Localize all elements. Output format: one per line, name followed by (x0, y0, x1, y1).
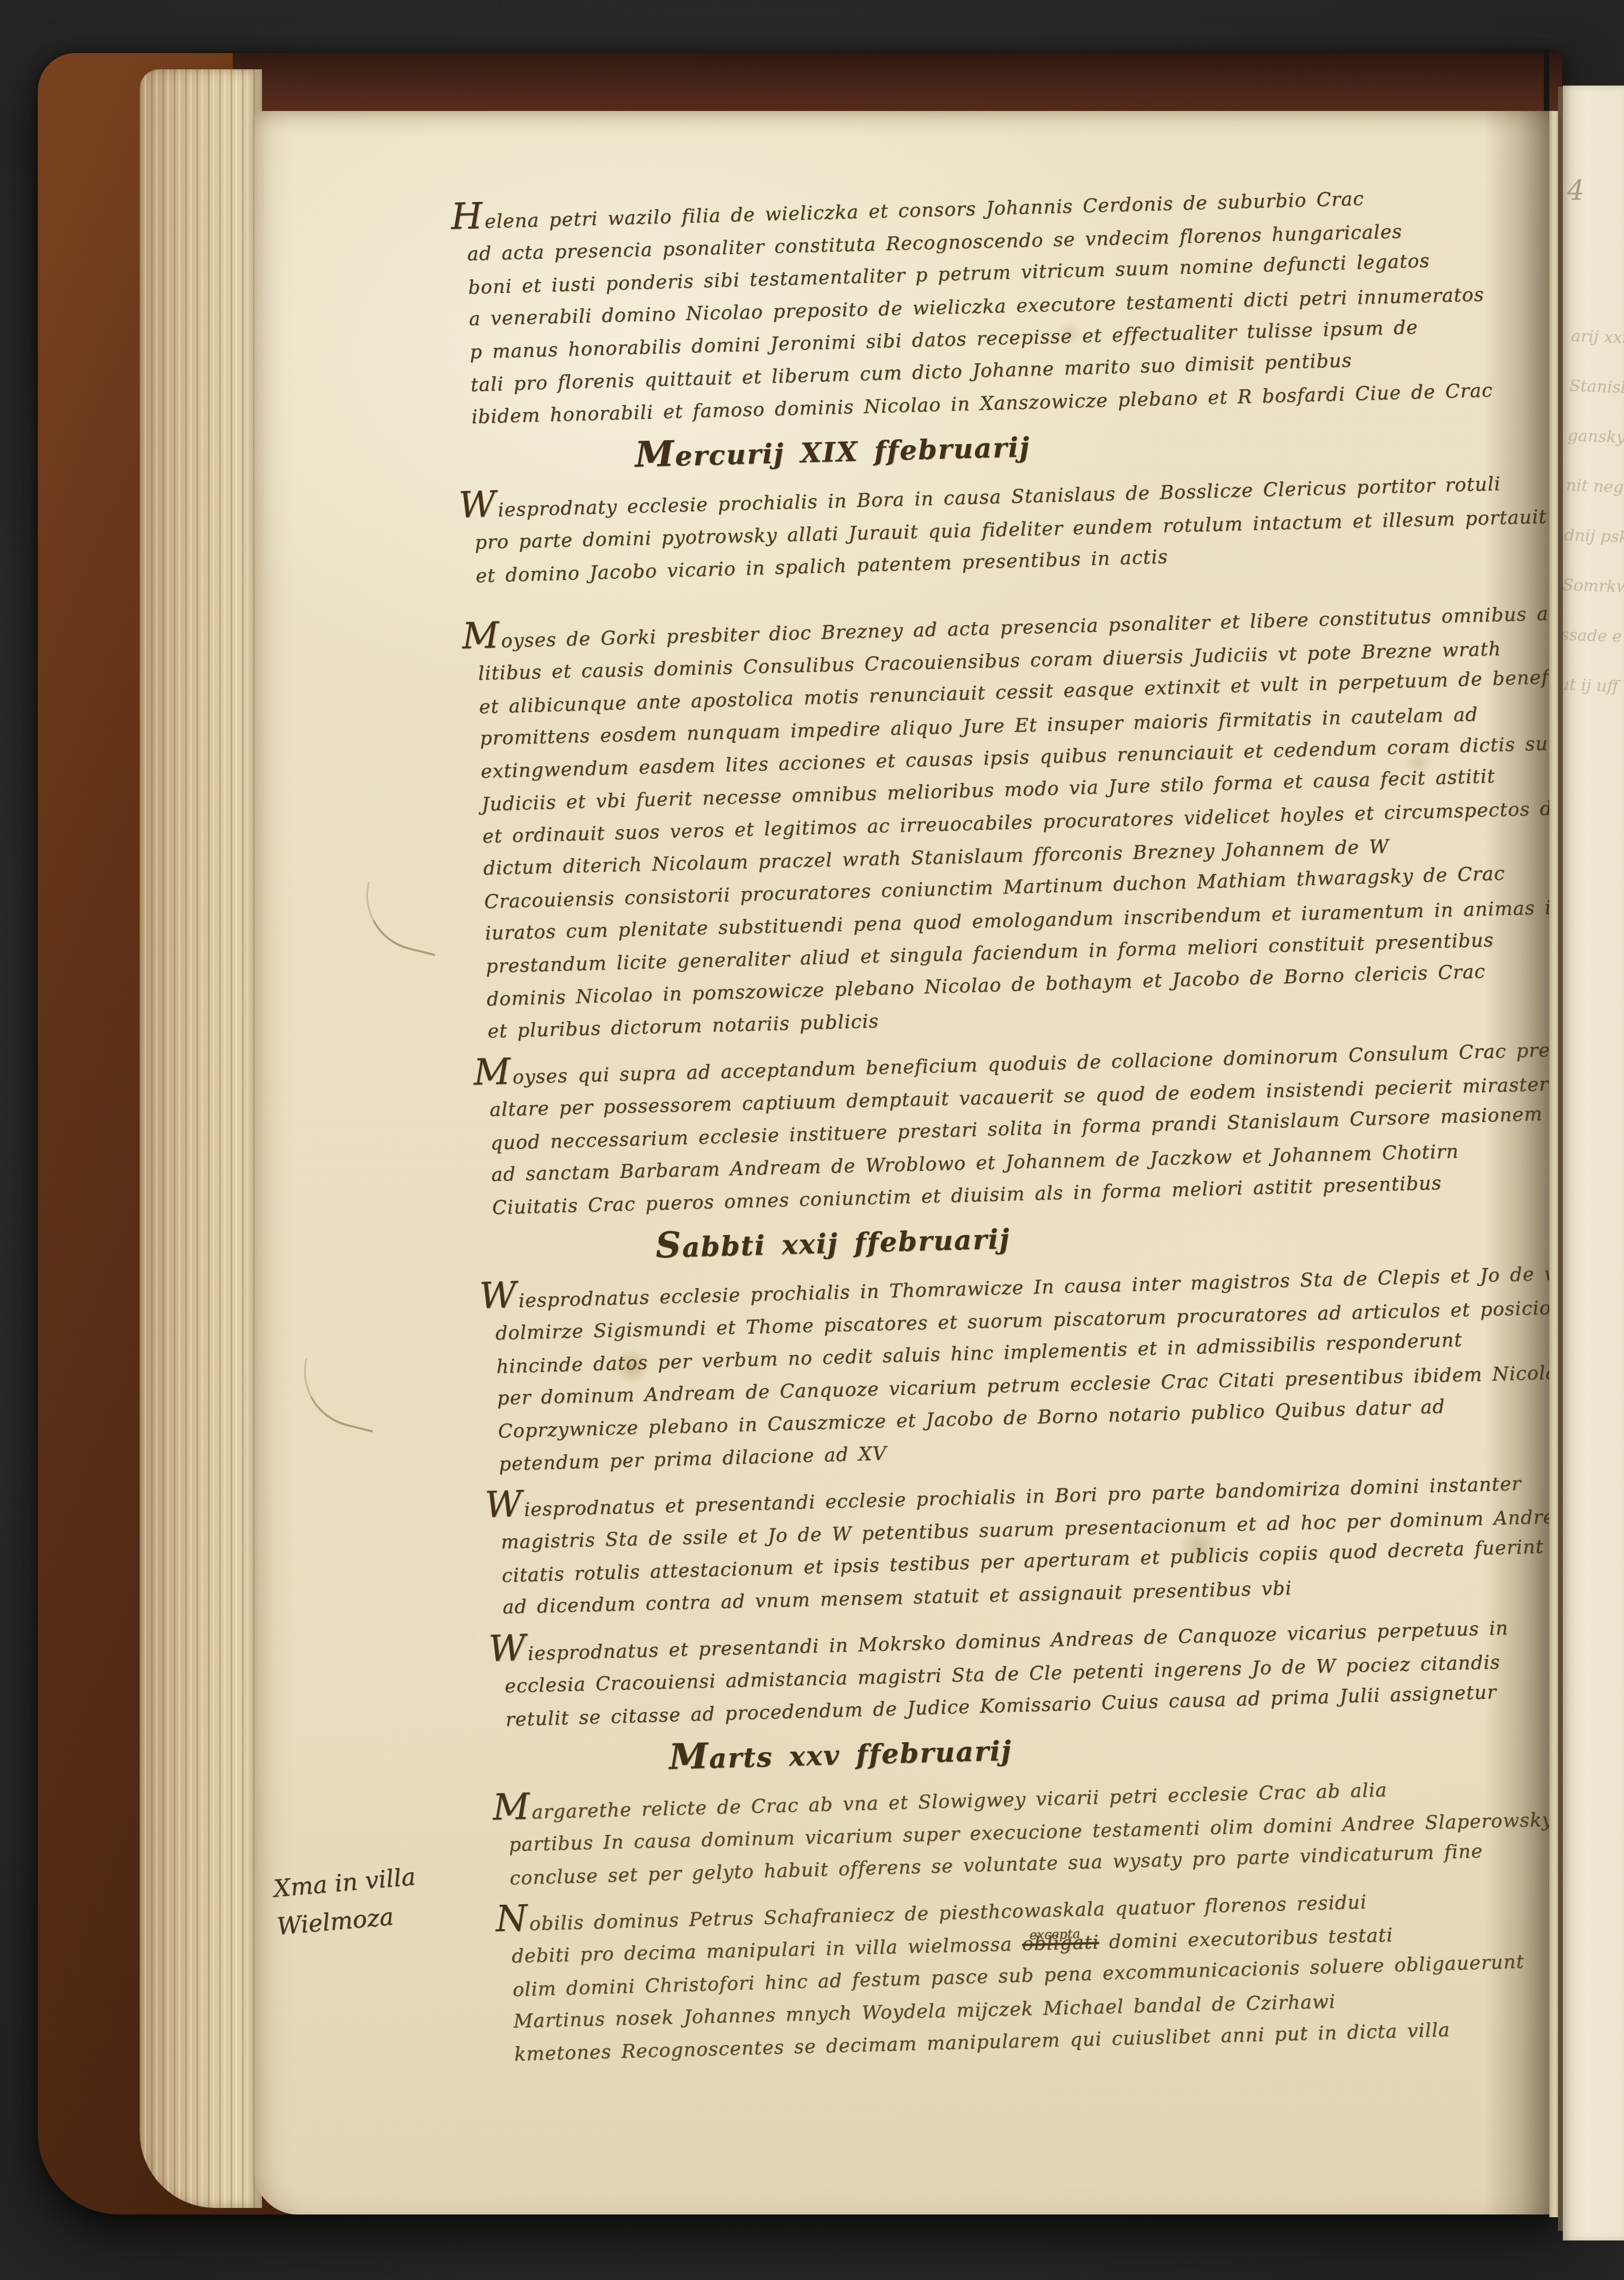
register-entry: Wiesprodnatus ecclesie prochialis in Tho… (494, 1257, 1549, 1480)
flourished-initial: M (492, 1785, 531, 1828)
flourished-initial: W (488, 1626, 526, 1670)
register-entry: Margarethe relicte de Crac ab vna et Slo… (508, 1768, 1549, 1894)
flourished-initial: N (495, 1897, 528, 1940)
register-entry: Wiesprodnaty ecclesie prochialis in Bora… (474, 466, 1549, 592)
bleedthrough-fragment: Somrkwisko (1563, 560, 1624, 613)
gutter-fold-line (1558, 87, 1563, 2231)
cover-edge (1544, 49, 1549, 119)
bleedthrough-fragment: ssade e moza (1563, 610, 1624, 663)
manuscript-text-block: Helena petri wazilo filia de wieliczka e… (466, 164, 1549, 2071)
flourished-initial: W (458, 483, 496, 526)
margin-note: Xma in villa Wielmoza (272, 1858, 420, 1946)
recto-page-sliver: 4 arij xxiijStanislgansky thorpffnit neg… (1563, 86, 1624, 2240)
interlinear-correction: excepta (1029, 1917, 1081, 1951)
flourished-initial: M (462, 614, 500, 657)
flourished-initial: W (484, 1482, 523, 1526)
register-entry: Nobilis dominus Petrus Schafraniecz de p… (510, 1880, 1549, 2071)
corrected-word: obligatiexcepta (1021, 1926, 1099, 1961)
margin-flourish (292, 1358, 387, 1433)
bleedthrough-fragment: gansky thorpff (1567, 411, 1624, 464)
recto-bleedthrough-text: arij xxiijStanislgansky thorpffnit nego … (1563, 311, 1624, 713)
register-entry: Helena petri wazilo filia de wieliczka e… (466, 178, 1549, 434)
register-entry: Wiesprodnatus et presentandi in Mokrsko … (503, 1610, 1549, 1736)
verso-page: Helena petri wazilo filia de wieliczka e… (254, 111, 1549, 2214)
bleedthrough-fragment: arij xxiij (1570, 311, 1624, 364)
recto-page-number: 4 (1567, 175, 1584, 206)
register-entry: Wiesprodnatus et presentandi ecclesie pr… (500, 1466, 1549, 1624)
gutter-shadow (1484, 111, 1549, 2214)
bleedthrough-fragment: Stanisl (1568, 361, 1624, 414)
flourished-initial: H (450, 194, 483, 238)
manuscript-photo: Helena petri wazilo filia de wieliczka e… (0, 0, 1624, 2280)
stacked-page-edges (140, 69, 262, 2208)
flourished-initial: W (479, 1273, 517, 1317)
register-entry: Moyses de Gorki presbiter dioc Brezney a… (477, 597, 1549, 1048)
bleedthrough-fragment: nit nego gre (1565, 461, 1624, 514)
leather-top-edge (233, 53, 1562, 117)
margin-flourish (355, 881, 449, 956)
page-edge-highlight (1549, 111, 1558, 2217)
flourished-initial: M (473, 1050, 512, 1093)
bleedthrough-fragment: ut ij uff (1563, 660, 1624, 713)
bleedthrough-fragment: dnij psknij prgne (1563, 511, 1624, 564)
register-entry: Moyses qui supra ad acceptandum benefici… (488, 1033, 1549, 1224)
